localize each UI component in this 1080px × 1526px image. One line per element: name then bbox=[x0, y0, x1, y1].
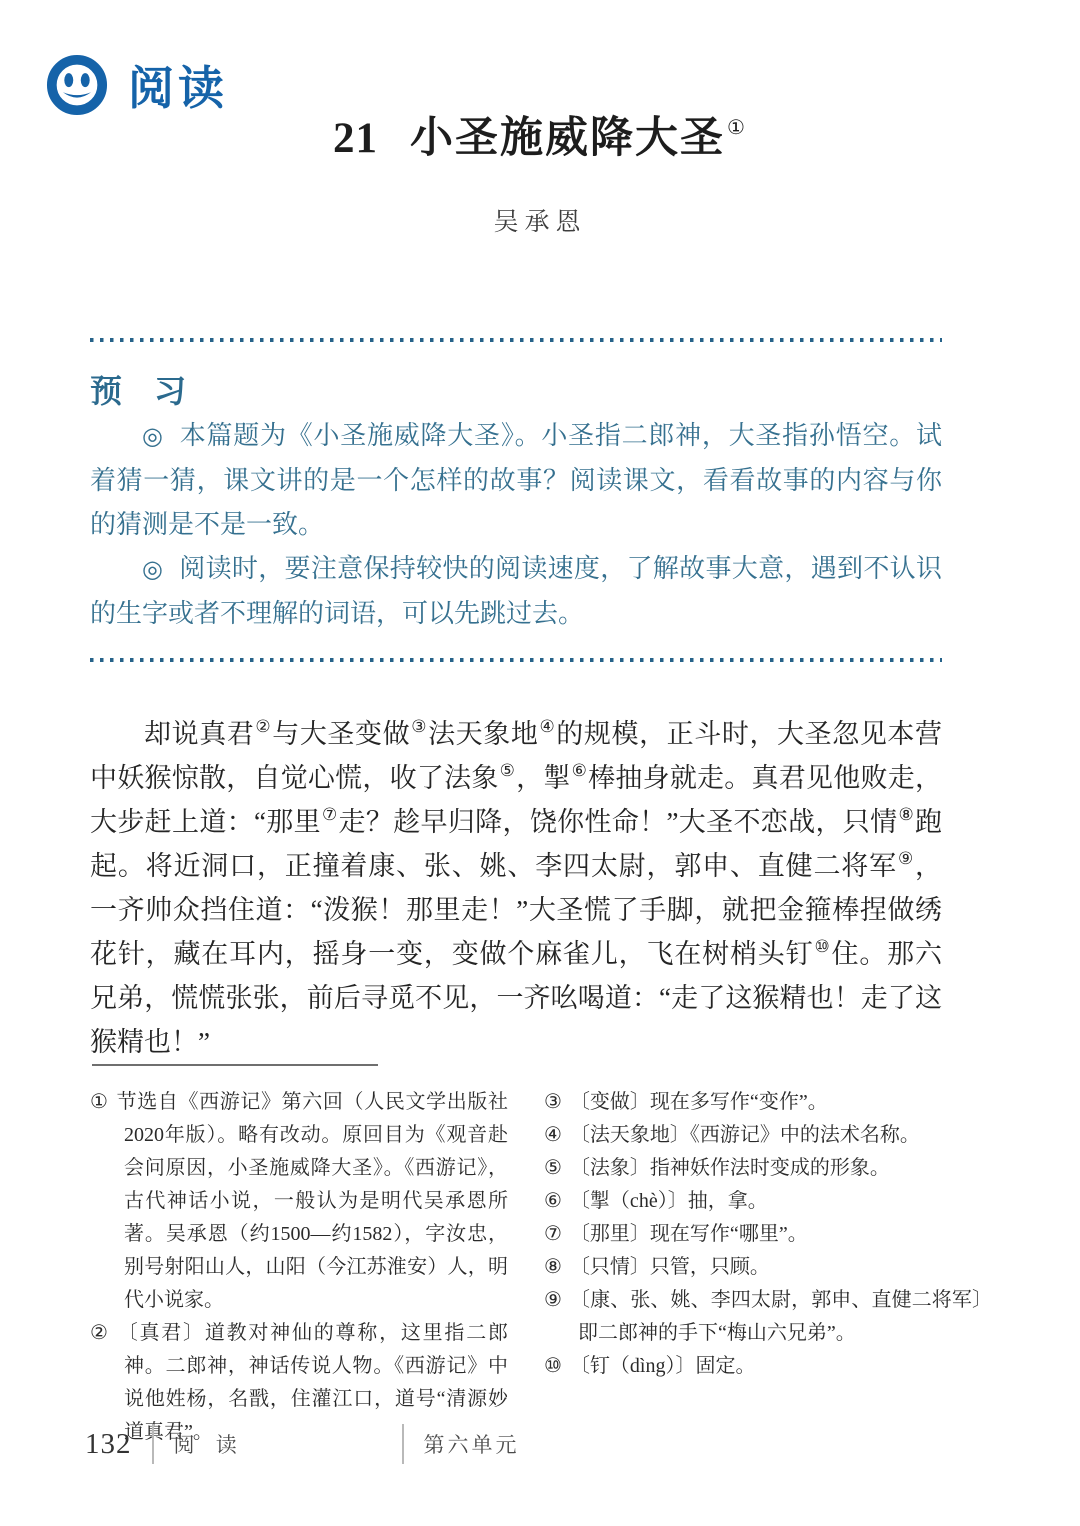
footnotes: ①节选自《西游记》第六回（人民文学出版社2020年版）。略有改动。原回目为《观音… bbox=[90, 1086, 992, 1449]
footnotes-left: ①节选自《西游记》第六回（人民文学出版社2020年版）。略有改动。原回目为《观音… bbox=[90, 1086, 508, 1449]
author-name: 吴承恩 bbox=[0, 202, 1080, 238]
footnote-number: ⑨ bbox=[544, 1289, 562, 1311]
body-text-run: 却说真君 bbox=[144, 719, 254, 749]
page-number: 132 bbox=[85, 1428, 132, 1461]
lesson-number: 21 bbox=[333, 115, 378, 162]
textbook-page: 阅读 21小圣施威降大圣① 吴承恩 预 习 ◎本篇题为《小圣施威降大圣》。小圣指… bbox=[0, 0, 1080, 1526]
footnote-marker: ⑥ bbox=[572, 761, 587, 780]
footnote-item: ⑨〔康、张、姚、李四太尉，郭申、直健二将军〕即二郎神的手下“梅山六兄弟”。 bbox=[544, 1284, 992, 1350]
footnote-marker: ⑧ bbox=[898, 805, 914, 824]
footnote-number: ③ bbox=[544, 1091, 562, 1113]
footnote-item: ④〔法天象地〕《西游记》中的法术名称。 bbox=[544, 1119, 992, 1152]
footnote-number: ⑩ bbox=[544, 1355, 562, 1377]
preview-item: ◎本篇题为《小圣施威降大圣》。小圣指二郎神，大圣指孙悟空。试着猜一猜，课文讲的是… bbox=[90, 414, 942, 547]
lesson-title-text: 小圣施威降大圣 bbox=[410, 115, 725, 162]
footnote-item: ⑩〔钉（dìng）〕固定。 bbox=[544, 1350, 992, 1383]
footnote-number: ④ bbox=[544, 1124, 562, 1146]
body-paragraph: 却说真君②与大圣变做③法天象地④的规模，正斗时，大圣忽见本营中妖猴惊散，自觉心慌… bbox=[90, 712, 942, 1064]
footnote-item: ③〔变做〕现在多写作“变作”。 bbox=[544, 1086, 992, 1119]
footnote-number: ⑧ bbox=[544, 1256, 562, 1278]
footnote-number: ⑥ bbox=[544, 1190, 562, 1212]
footnote-number: ⑦ bbox=[544, 1223, 562, 1245]
footnote-marker: ③ bbox=[411, 717, 427, 736]
footnote-marker: ④ bbox=[539, 717, 555, 736]
preview-item: ◎阅读时，要注意保持较快的阅读速度，了解故事大意，遇到不认识的生字或者不理解的词… bbox=[90, 547, 942, 636]
preview-heading: 预 习 bbox=[90, 366, 186, 412]
footnote-separator-rule bbox=[92, 1064, 378, 1066]
body-text-run: ，掣 bbox=[516, 763, 570, 793]
preview-items: ◎本篇题为《小圣施威降大圣》。小圣指二郎神，大圣指孙悟空。试着猜一猜，课文讲的是… bbox=[90, 414, 942, 636]
footnote-number: ① bbox=[90, 1091, 109, 1113]
footnote-marker: ⑤ bbox=[500, 761, 515, 780]
footnote-item: ⑥〔掣（chè）〕抽，拿。 bbox=[544, 1185, 992, 1218]
footnote-marker: ⑦ bbox=[322, 805, 338, 824]
footnote-marker: ② bbox=[255, 717, 271, 736]
footnote-number: ⑤ bbox=[544, 1157, 562, 1179]
footnote-item: ⑤〔法象〕指神妖作法时变成的形象。 bbox=[544, 1152, 992, 1185]
body-text-run: 与大圣变做 bbox=[272, 719, 410, 749]
footer-divider-bar bbox=[152, 1424, 154, 1464]
footnote-item: ⑧〔只情〕只管，只顾。 bbox=[544, 1251, 992, 1284]
footer-divider-bar bbox=[402, 1424, 404, 1464]
body-text-run: 法天象地 bbox=[428, 719, 538, 749]
footer-unit-label: 第六单元 bbox=[424, 1429, 520, 1459]
footnote-item: ①节选自《西游记》第六回（人民文学出版社2020年版）。略有改动。原回目为《观音… bbox=[90, 1086, 508, 1317]
dotted-divider-bottom bbox=[90, 658, 942, 662]
footer-section-label: 阅 读 bbox=[174, 1429, 382, 1459]
footnotes-right: ③〔变做〕现在多写作“变作”。④〔法天象地〕《西游记》中的法术名称。⑤〔法象〕指… bbox=[544, 1086, 992, 1449]
lesson-title: 21小圣施威降大圣① bbox=[0, 104, 1080, 165]
title-footnote-marker: ① bbox=[727, 117, 747, 139]
footnote-number: ② bbox=[90, 1322, 110, 1344]
body-text-run: 走？趁早归降，饶你性命！”大圣不恋战，只情 bbox=[339, 807, 898, 837]
bullseye-bullet-icon: ◎ bbox=[142, 557, 163, 583]
footnote-item: ⑦〔那里〕现在写作“哪里”。 bbox=[544, 1218, 992, 1251]
footnote-marker: ⑨ bbox=[898, 849, 914, 868]
page-footer: 132 阅 读 第六单元 bbox=[85, 1424, 995, 1464]
dotted-divider-top bbox=[90, 338, 942, 342]
bullseye-bullet-icon: ◎ bbox=[142, 424, 164, 450]
footnote-marker: ⑩ bbox=[814, 937, 830, 956]
